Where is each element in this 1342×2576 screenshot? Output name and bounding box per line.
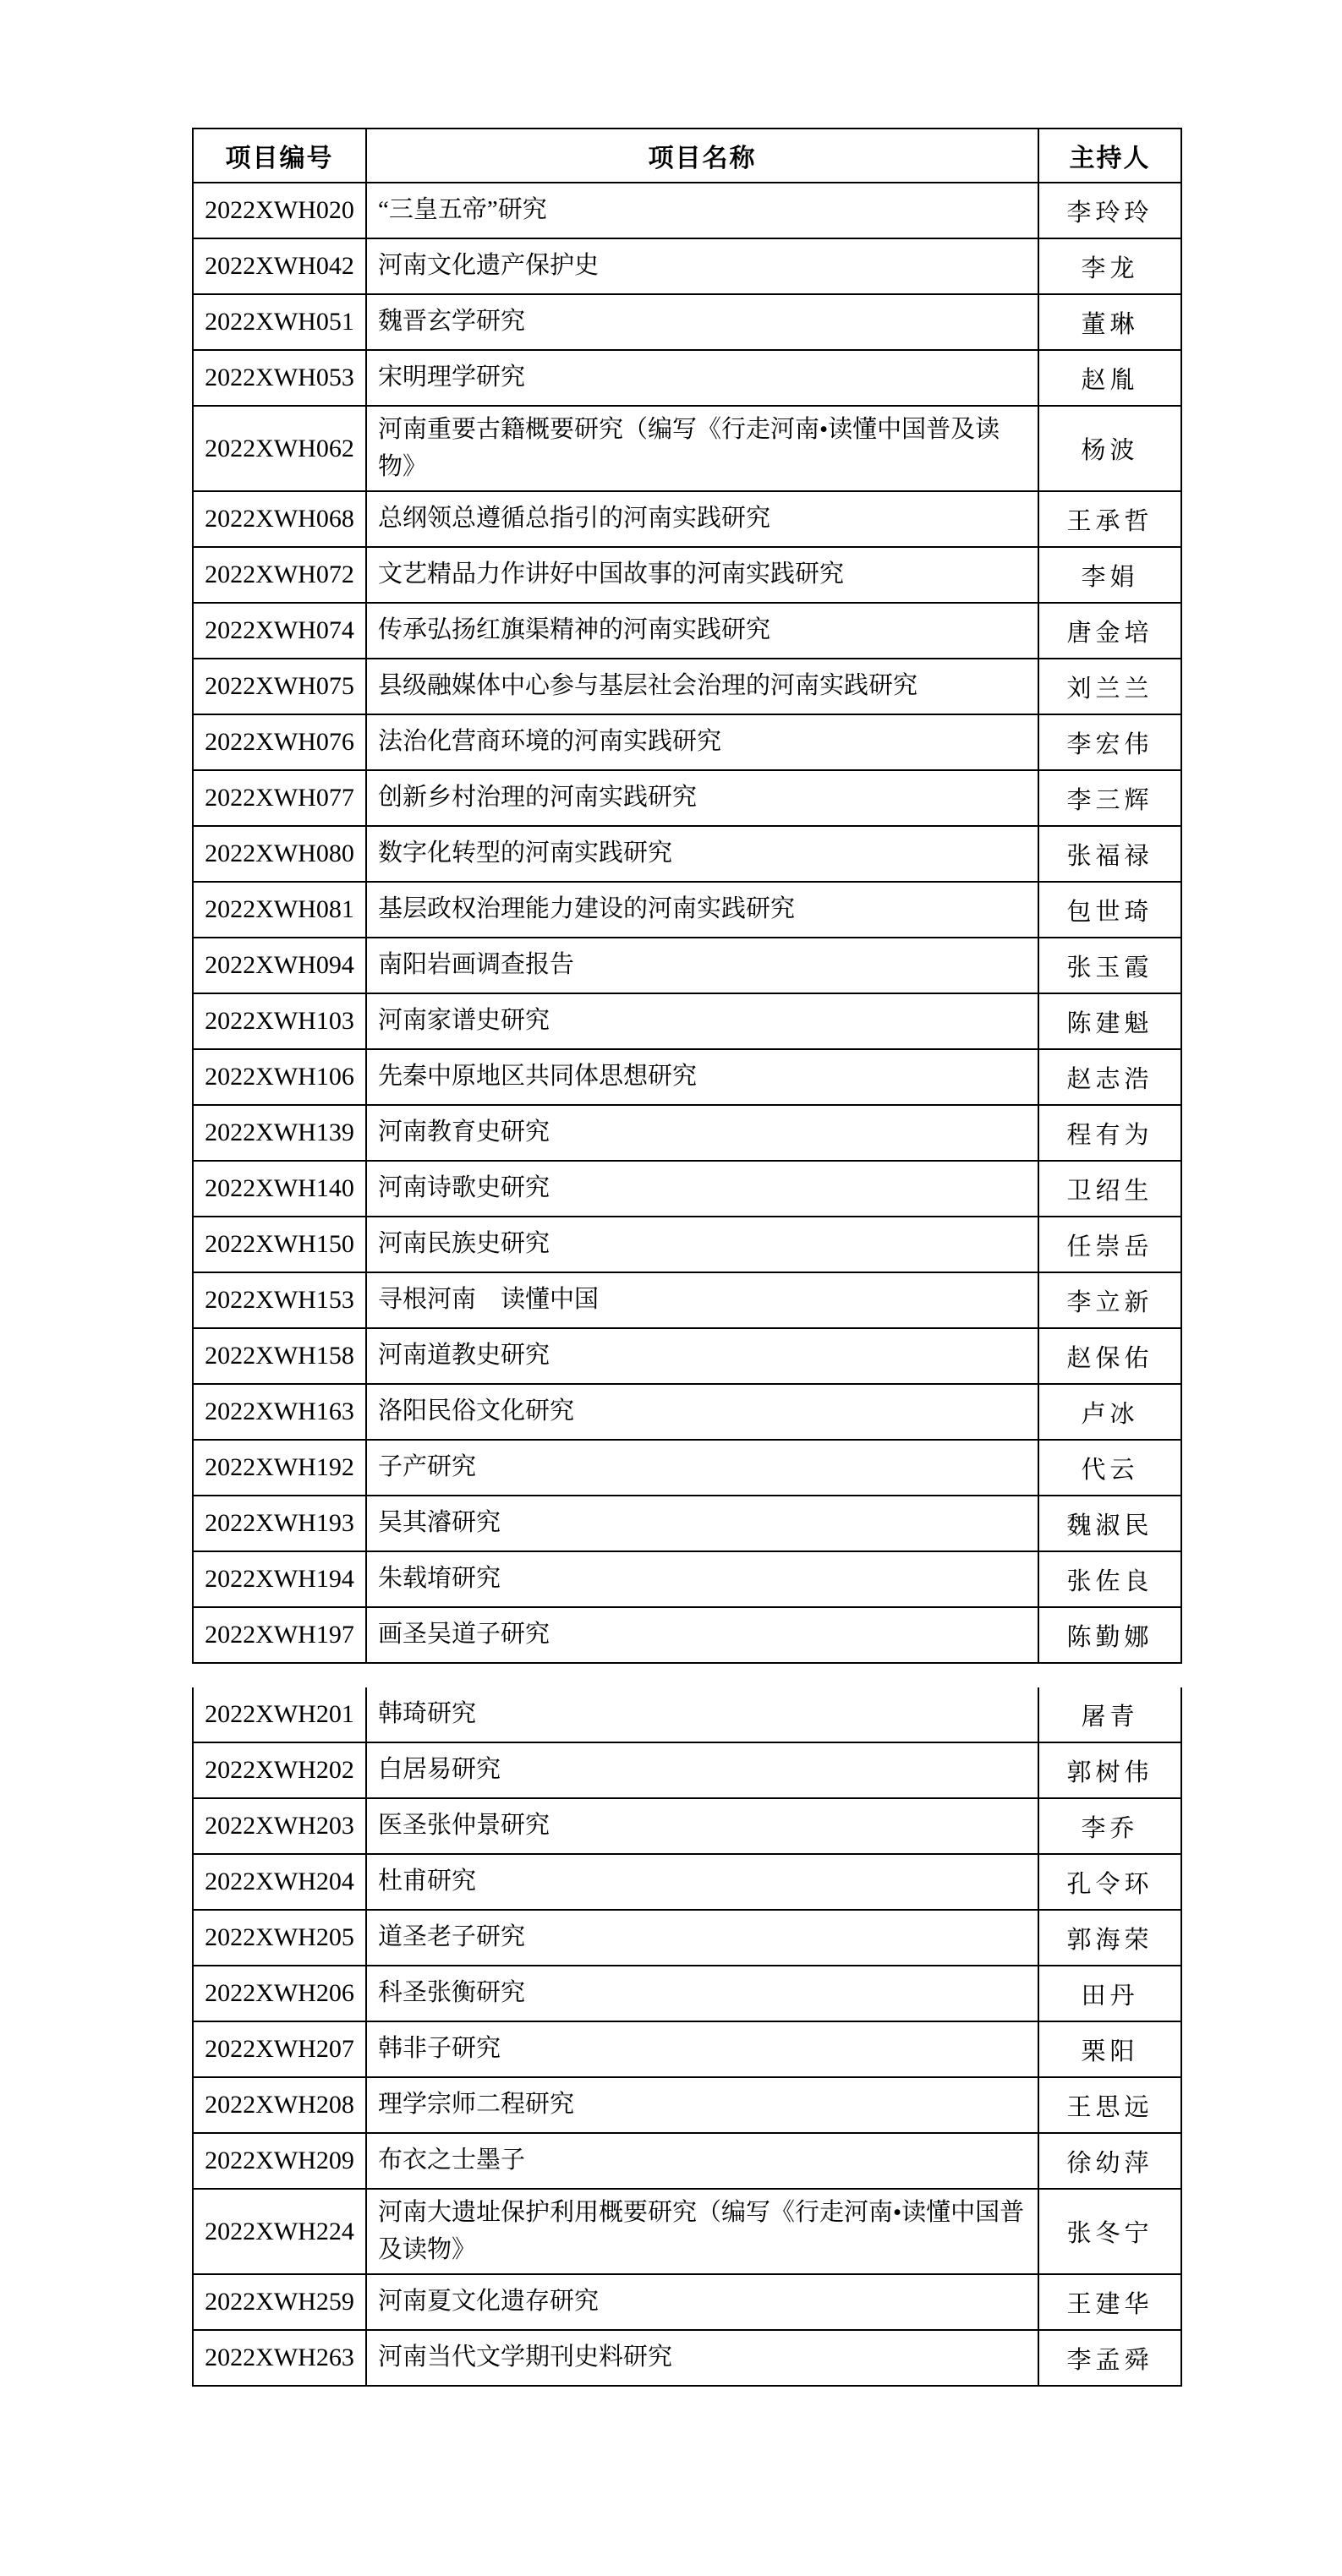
project-code-cell: 2022XWH139	[193, 1105, 366, 1161]
table-row: 2022XWH020“三皇五帝”研究李玲玲	[193, 183, 1181, 238]
project-name-cell: 河南教育史研究	[366, 1105, 1038, 1161]
project-code-cell: 2022XWH150	[193, 1217, 366, 1272]
project-name-cell: 科圣张衡研究	[366, 1966, 1038, 2021]
project-leader-cell: 王承哲	[1038, 491, 1181, 547]
project-code-cell: 2022XWH203	[193, 1798, 366, 1854]
project-code-cell: 2022XWH202	[193, 1742, 366, 1798]
project-leader-cell: 屠青	[1038, 1687, 1181, 1742]
project-code-cell: 2022XWH106	[193, 1049, 366, 1105]
table-row: 2022XWH080数字化转型的河南实践研究张福禄	[193, 826, 1181, 882]
table-row: 2022XWH224河南大遗址保护利用概要研究（编写《行走河南•读懂中国普及读物…	[193, 2189, 1181, 2274]
project-leader-cell: 赵志浩	[1038, 1049, 1181, 1105]
project-name-cell: 韩琦研究	[366, 1687, 1038, 1742]
project-code-cell: 2022XWH042	[193, 238, 366, 294]
project-name-cell: 河南民族史研究	[366, 1217, 1038, 1272]
table-row: 2022XWH076法治化营商环境的河南实践研究李宏伟	[193, 714, 1181, 770]
project-name-cell: 韩非子研究	[366, 2021, 1038, 2077]
project-leader-cell: 包世琦	[1038, 882, 1181, 938]
project-name-cell: 县级融媒体中心参与基层社会治理的河南实践研究	[366, 659, 1038, 714]
project-name-cell: 道圣老子研究	[366, 1910, 1038, 1966]
table-row: 2022XWH207韩非子研究栗阳	[193, 2021, 1181, 2077]
project-code-cell: 2022XWH062	[193, 406, 366, 491]
table-row: 2022XWH077创新乡村治理的河南实践研究李三辉	[193, 770, 1181, 826]
project-name-cell: 河南道教史研究	[366, 1328, 1038, 1384]
project-name-cell: 宋明理学研究	[366, 350, 1038, 406]
project-code-cell: 2022XWH209	[193, 2133, 366, 2189]
table-body: 2022XWH020“三皇五帝”研究李玲玲2022XWH042河南文化遗产保护史…	[193, 183, 1181, 1663]
project-leader-cell: 唐金培	[1038, 603, 1181, 659]
project-name-cell: 河南重要古籍概要研究（编写《行走河南•读懂中国普及读物》	[366, 406, 1038, 491]
project-name-cell: 河南夏文化遗存研究	[366, 2274, 1038, 2330]
table-row: 2022XWH081基层政权治理能力建设的河南实践研究包世琦	[193, 882, 1181, 938]
column-header-name: 项目名称	[366, 129, 1038, 183]
project-leader-cell: 任崇岳	[1038, 1217, 1181, 1272]
project-code-cell: 2022XWH259	[193, 2274, 366, 2330]
project-code-cell: 2022XWH193	[193, 1496, 366, 1551]
column-header-leader: 主持人	[1038, 129, 1181, 183]
project-name-cell: 数字化转型的河南实践研究	[366, 826, 1038, 882]
project-code-cell: 2022XWH053	[193, 350, 366, 406]
page: { "colors": { "background": "#ffffff", "…	[0, 0, 1342, 2576]
project-leader-cell: 赵保佑	[1038, 1328, 1181, 1384]
project-name-cell: 河南诗歌史研究	[366, 1161, 1038, 1217]
project-leader-cell: 卢冰	[1038, 1384, 1181, 1440]
project-code-cell: 2022XWH077	[193, 770, 366, 826]
project-code-cell: 2022XWH224	[193, 2189, 366, 2274]
project-name-cell: 魏晋玄学研究	[366, 294, 1038, 350]
project-leader-cell: 孔令环	[1038, 1854, 1181, 1910]
project-code-cell: 2022XWH020	[193, 183, 366, 238]
header-row: 项目编号 项目名称 主持人	[193, 129, 1181, 183]
project-name-cell: 河南当代文学期刊史料研究	[366, 2330, 1038, 2386]
project-leader-cell: 李孟舜	[1038, 2330, 1181, 2386]
table-row: 2022XWH094南阳岩画调查报告张玉霞	[193, 938, 1181, 993]
project-code-cell: 2022XWH153	[193, 1272, 366, 1328]
project-leader-cell: 张佐良	[1038, 1551, 1181, 1607]
project-name-cell: 杜甫研究	[366, 1854, 1038, 1910]
project-code-cell: 2022XWH072	[193, 547, 366, 603]
project-code-cell: 2022XWH204	[193, 1854, 366, 1910]
project-leader-cell: 王建华	[1038, 2274, 1181, 2330]
project-code-cell: 2022XWH192	[193, 1440, 366, 1496]
project-leader-cell: 田丹	[1038, 1966, 1181, 2021]
table-row: 2022XWH103河南家谱史研究陈建魁	[193, 993, 1181, 1049]
project-name-cell: 传承弘扬红旗渠精神的河南实践研究	[366, 603, 1038, 659]
project-leader-cell: 李宏伟	[1038, 714, 1181, 770]
table-row: 2022XWH201韩琦研究屠青	[193, 1687, 1181, 1742]
project-leader-cell: 李玲玲	[1038, 183, 1181, 238]
project-code-cell: 2022XWH208	[193, 2077, 366, 2133]
table-row: 2022XWH053宋明理学研究赵胤	[193, 350, 1181, 406]
project-name-cell: 创新乡村治理的河南实践研究	[366, 770, 1038, 826]
project-leader-cell: 杨波	[1038, 406, 1181, 491]
table-row: 2022XWH074传承弘扬红旗渠精神的河南实践研究唐金培	[193, 603, 1181, 659]
table-row: 2022XWH192子产研究代云	[193, 1440, 1181, 1496]
project-code-cell: 2022XWH075	[193, 659, 366, 714]
project-code-cell: 2022XWH206	[193, 1966, 366, 2021]
table-row: 2022XWH106先秦中原地区共同体思想研究赵志浩	[193, 1049, 1181, 1105]
project-code-cell: 2022XWH103	[193, 993, 366, 1049]
table-row: 2022XWH062河南重要古籍概要研究（编写《行走河南•读懂中国普及读物》杨波	[193, 406, 1181, 491]
project-code-cell: 2022XWH207	[193, 2021, 366, 2077]
project-name-cell: 河南大遗址保护利用概要研究（编写《行走河南•读懂中国普及读物》	[366, 2189, 1038, 2274]
project-name-cell: 先秦中原地区共同体思想研究	[366, 1049, 1038, 1105]
table-row: 2022XWH208理学宗师二程研究王思远	[193, 2077, 1181, 2133]
project-code-cell: 2022XWH201	[193, 1687, 366, 1742]
project-name-cell: 文艺精品力作讲好中国故事的河南实践研究	[366, 547, 1038, 603]
project-code-cell: 2022XWH081	[193, 882, 366, 938]
project-code-cell: 2022XWH140	[193, 1161, 366, 1217]
table-row: 2022XWH193吴其濬研究魏淑民	[193, 1496, 1181, 1551]
project-leader-cell: 栗阳	[1038, 2021, 1181, 2077]
project-name-cell: 河南文化遗产保护史	[366, 238, 1038, 294]
table-row: 2022XWH263河南当代文学期刊史料研究李孟舜	[193, 2330, 1181, 2386]
project-code-cell: 2022XWH194	[193, 1551, 366, 1607]
project-leader-cell: 陈勤娜	[1038, 1607, 1181, 1663]
project-name-cell: 法治化营商环境的河南实践研究	[366, 714, 1038, 770]
project-name-cell: 总纲领总遵循总指引的河南实践研究	[366, 491, 1038, 547]
project-leader-cell: 张福禄	[1038, 826, 1181, 882]
table-row: 2022XWH158河南道教史研究赵保佑	[193, 1328, 1181, 1384]
project-leader-cell: 李龙	[1038, 238, 1181, 294]
project-code-cell: 2022XWH074	[193, 603, 366, 659]
project-leader-cell: 李乔	[1038, 1798, 1181, 1854]
project-leader-cell: 郭海荣	[1038, 1910, 1181, 1966]
project-leader-cell: 代云	[1038, 1440, 1181, 1496]
project-name-cell: 子产研究	[366, 1440, 1038, 1496]
table-row: 2022XWH042河南文化遗产保护史李龙	[193, 238, 1181, 294]
project-leader-cell: 王思远	[1038, 2077, 1181, 2133]
project-name-cell: 寻根河南 读懂中国	[366, 1272, 1038, 1328]
project-leader-cell: 魏淑民	[1038, 1496, 1181, 1551]
table-row: 2022XWH139河南教育史研究程有为	[193, 1105, 1181, 1161]
project-name-cell: 河南家谱史研究	[366, 993, 1038, 1049]
project-code-cell: 2022XWH163	[193, 1384, 366, 1440]
column-header-code: 项目编号	[193, 129, 366, 183]
project-leader-cell: 李娟	[1038, 547, 1181, 603]
document-page: 项目编号 项目名称 主持人 2022XWH020“三皇五帝”研究李玲玲2022X…	[0, 0, 1342, 2387]
project-leader-cell: 李立新	[1038, 1272, 1181, 1328]
table-row: 2022XWH204杜甫研究孔令环	[193, 1854, 1181, 1910]
project-name-cell: 布衣之士墨子	[366, 2133, 1038, 2189]
project-name-cell: 理学宗师二程研究	[366, 2077, 1038, 2133]
project-name-cell: 洛阳民俗文化研究	[366, 1384, 1038, 1440]
projects-table-main: 项目编号 项目名称 主持人 2022XWH020“三皇五帝”研究李玲玲2022X…	[192, 128, 1182, 1664]
table-row: 2022XWH206科圣张衡研究田丹	[193, 1966, 1181, 2021]
project-code-cell: 2022XWH068	[193, 491, 366, 547]
project-name-cell: 吴其濬研究	[366, 1496, 1038, 1551]
table-row: 2022XWH203医圣张仲景研究李乔	[193, 1798, 1181, 1854]
table-row: 2022XWH205道圣老子研究郭海荣	[193, 1910, 1181, 1966]
project-leader-cell: 赵胤	[1038, 350, 1181, 406]
table-row: 2022XWH209布衣之士墨子徐幼萍	[193, 2133, 1181, 2189]
project-name-cell: 画圣吴道子研究	[366, 1607, 1038, 1663]
project-code-cell: 2022XWH076	[193, 714, 366, 770]
table-row: 2022XWH075县级融媒体中心参与基层社会治理的河南实践研究刘兰兰	[193, 659, 1181, 714]
project-leader-cell: 刘兰兰	[1038, 659, 1181, 714]
project-name-cell: 南阳岩画调查报告	[366, 938, 1038, 993]
project-name-cell: 朱载堉研究	[366, 1551, 1038, 1607]
table-row: 2022XWH197画圣吴道子研究陈勤娜	[193, 1607, 1181, 1663]
table-body: 2022XWH201韩琦研究屠青2022XWH202白居易研究郭树伟2022XW…	[193, 1687, 1181, 2386]
project-code-cell: 2022XWH094	[193, 938, 366, 993]
table-header: 项目编号 项目名称 主持人	[193, 129, 1181, 183]
table-row: 2022XWH072文艺精品力作讲好中国故事的河南实践研究李娟	[193, 547, 1181, 603]
table-row: 2022XWH202白居易研究郭树伟	[193, 1742, 1181, 1798]
table-row: 2022XWH150河南民族史研究任崇岳	[193, 1217, 1181, 1272]
table-row: 2022XWH140河南诗歌史研究卫绍生	[193, 1161, 1181, 1217]
project-leader-cell: 李三辉	[1038, 770, 1181, 826]
table-row: 2022XWH194朱载堉研究张佐良	[193, 1551, 1181, 1607]
project-name-cell: 白居易研究	[366, 1742, 1038, 1798]
project-code-cell: 2022XWH205	[193, 1910, 366, 1966]
project-leader-cell: 董琳	[1038, 294, 1181, 350]
project-code-cell: 2022XWH080	[193, 826, 366, 882]
project-code-cell: 2022XWH051	[193, 294, 366, 350]
project-code-cell: 2022XWH158	[193, 1328, 366, 1384]
project-leader-cell: 郭树伟	[1038, 1742, 1181, 1798]
project-name-cell: 医圣张仲景研究	[366, 1798, 1038, 1854]
project-leader-cell: 卫绍生	[1038, 1161, 1181, 1217]
project-leader-cell: 徐幼萍	[1038, 2133, 1181, 2189]
projects-table-continuation: 2022XWH201韩琦研究屠青2022XWH202白居易研究郭树伟2022XW…	[192, 1687, 1182, 2387]
table-row: 2022XWH051魏晋玄学研究董琳	[193, 294, 1181, 350]
project-leader-cell: 程有为	[1038, 1105, 1181, 1161]
project-leader-cell: 张冬宁	[1038, 2189, 1181, 2274]
project-leader-cell: 陈建魁	[1038, 993, 1181, 1049]
project-name-cell: “三皇五帝”研究	[366, 183, 1038, 238]
table-row: 2022XWH259河南夏文化遗存研究王建华	[193, 2274, 1181, 2330]
project-name-cell: 基层政权治理能力建设的河南实践研究	[366, 882, 1038, 938]
table-row: 2022XWH163洛阳民俗文化研究卢冰	[193, 1384, 1181, 1440]
project-leader-cell: 张玉霞	[1038, 938, 1181, 993]
project-code-cell: 2022XWH197	[193, 1607, 366, 1663]
table-row: 2022XWH068总纲领总遵循总指引的河南实践研究王承哲	[193, 491, 1181, 547]
table-row: 2022XWH153寻根河南 读懂中国李立新	[193, 1272, 1181, 1328]
project-code-cell: 2022XWH263	[193, 2330, 366, 2386]
